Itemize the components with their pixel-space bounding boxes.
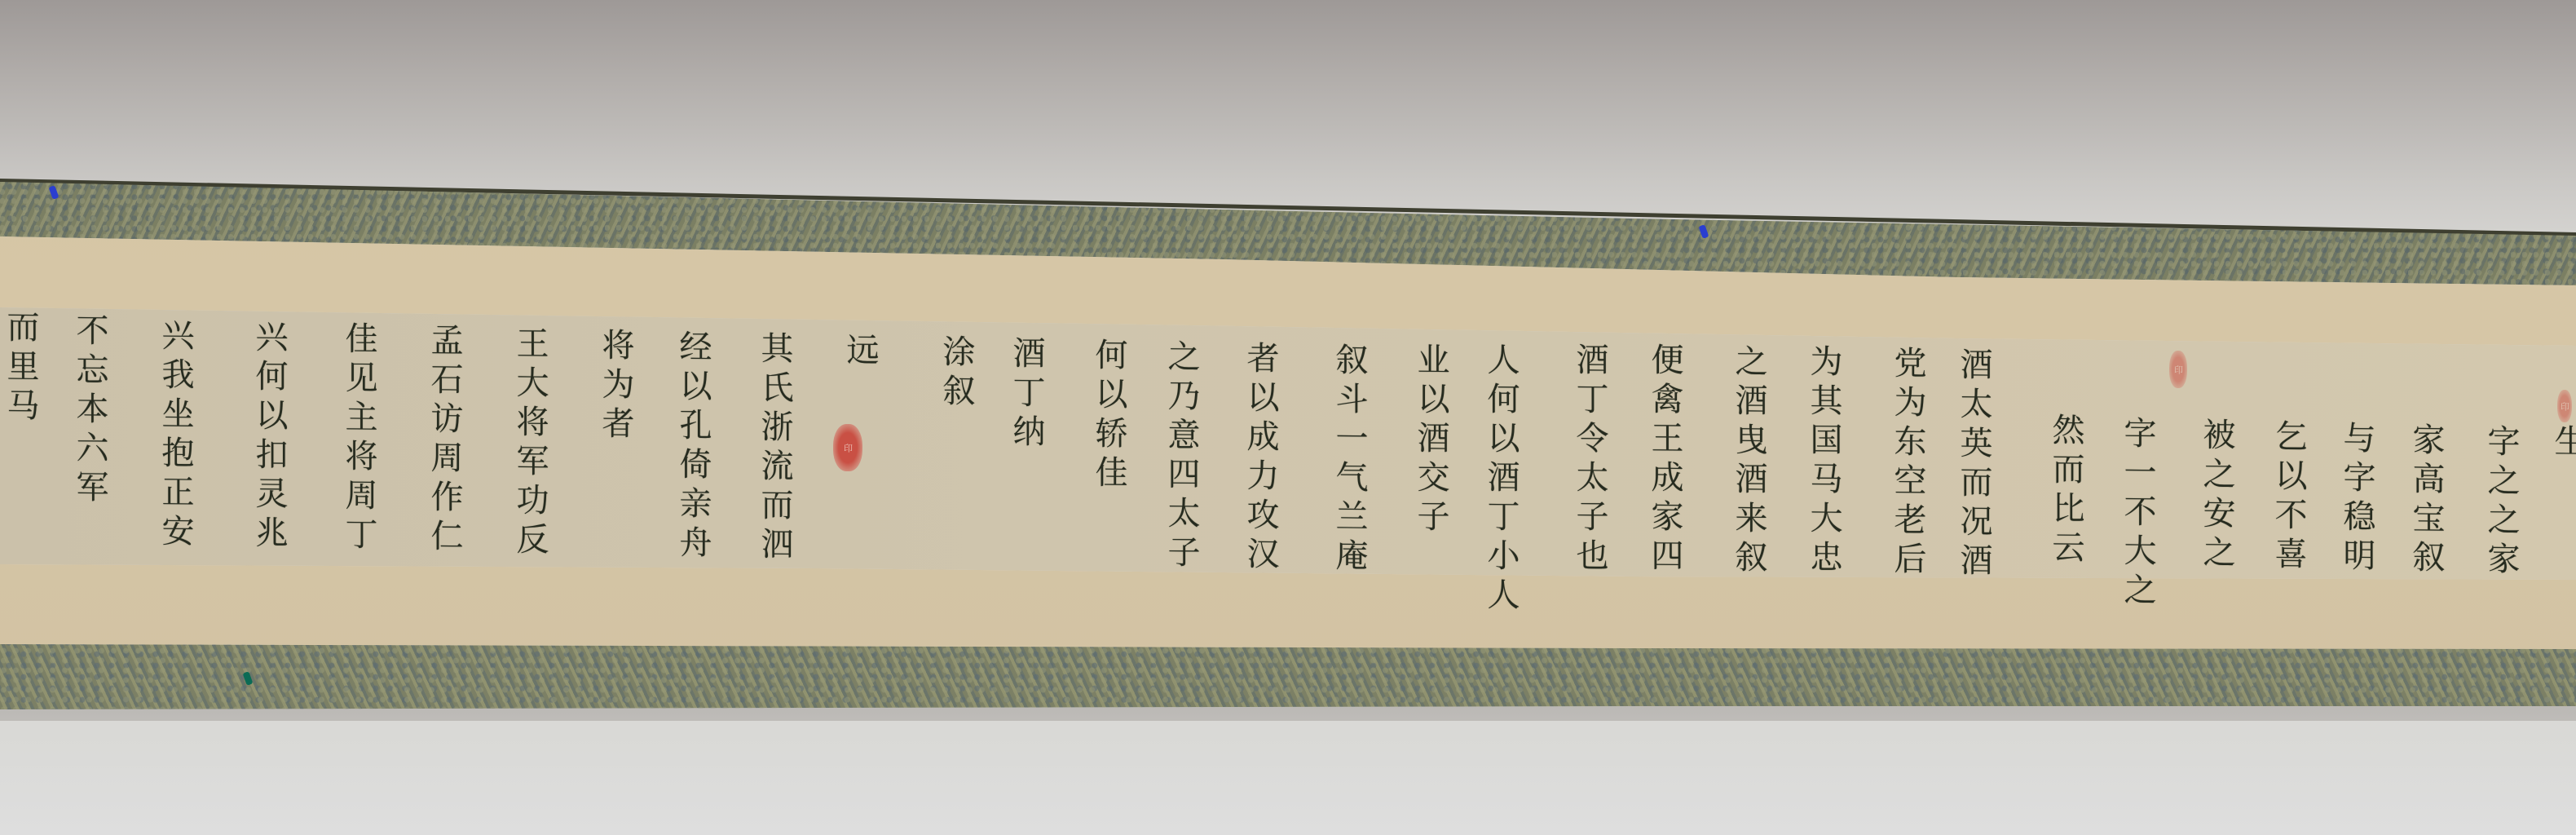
- calligraphy-column: 将为者: [599, 328, 632, 445]
- calligraphy-column: 酒丁令太子也: [1573, 342, 1606, 577]
- calligraphy-column: 不忘本六军: [73, 313, 106, 509]
- calligraphy-column: 为其国马大忠: [1807, 344, 1840, 579]
- seal-middle-icon: 印: [833, 424, 862, 471]
- seal-right-edge-icon: 印: [2557, 390, 2572, 422]
- calligraphy-column: 酒太英而况酒: [1957, 347, 1990, 582]
- calligraphy-column: 酒丁纳: [1010, 336, 1043, 453]
- calligraphy-column: 兴我坐抱正安: [159, 318, 192, 553]
- calligraphy-column: 孟石访周作仁: [428, 323, 461, 558]
- calligraphy-column: 经以孔倚亲舟: [677, 329, 709, 564]
- calligraphy-column: 叙斗一气兰庵: [1333, 342, 1365, 577]
- calligraphy-column: 人何以酒丁小人: [1484, 342, 1517, 616]
- photo-scene: 而里马不忘本六军兴我坐抱正安兴何以扣灵兆佳见主将周丁孟石访周作仁王大将军功反将为…: [0, 0, 2576, 835]
- seal-right-upper-icon: 印: [2169, 351, 2187, 388]
- calligraphy-column: 便禽王成家四: [1648, 342, 1681, 577]
- calligraphy-column: 然而比云: [2049, 413, 2082, 569]
- calligraphy-column: 业以酒交子: [1414, 342, 1447, 538]
- calligraphy-column: 字一不大之: [2121, 416, 2154, 612]
- calligraphy-column: 与字稳明: [2340, 421, 2373, 577]
- calligraphy-column: 党为东空老后: [1891, 346, 1924, 581]
- calligraphy-column: 之乃意四太子: [1165, 339, 1198, 574]
- calligraphy-column: 而里马: [4, 310, 37, 427]
- calligraphy-column: 兴何以扣灵兆: [253, 320, 285, 554]
- calligraphy-column: 者以成力攻汉: [1244, 341, 1277, 576]
- calligraphy-column: 佳见主将周丁: [342, 321, 375, 556]
- calligraphy-column: 乞以不喜: [2272, 419, 2305, 576]
- calligraphy-column: 远: [844, 333, 876, 372]
- calligraphy-column: 字之之家: [2485, 424, 2517, 581]
- calligraphy-column: 被之安之: [2200, 417, 2233, 574]
- calligraphy-column: 其氏浙流而泗: [758, 331, 791, 566]
- calligraphy-column: 家高宝叙: [2410, 422, 2442, 579]
- calligraphy-column: 涂叙: [940, 334, 973, 413]
- calligraphy-column: 生: [2552, 424, 2576, 463]
- calligraphy-column: 王大将军功反: [514, 326, 546, 561]
- calligraphy-column: 何以轿佳: [1092, 338, 1125, 494]
- calligraphy-column: 之酒曳酒来叙: [1732, 344, 1765, 579]
